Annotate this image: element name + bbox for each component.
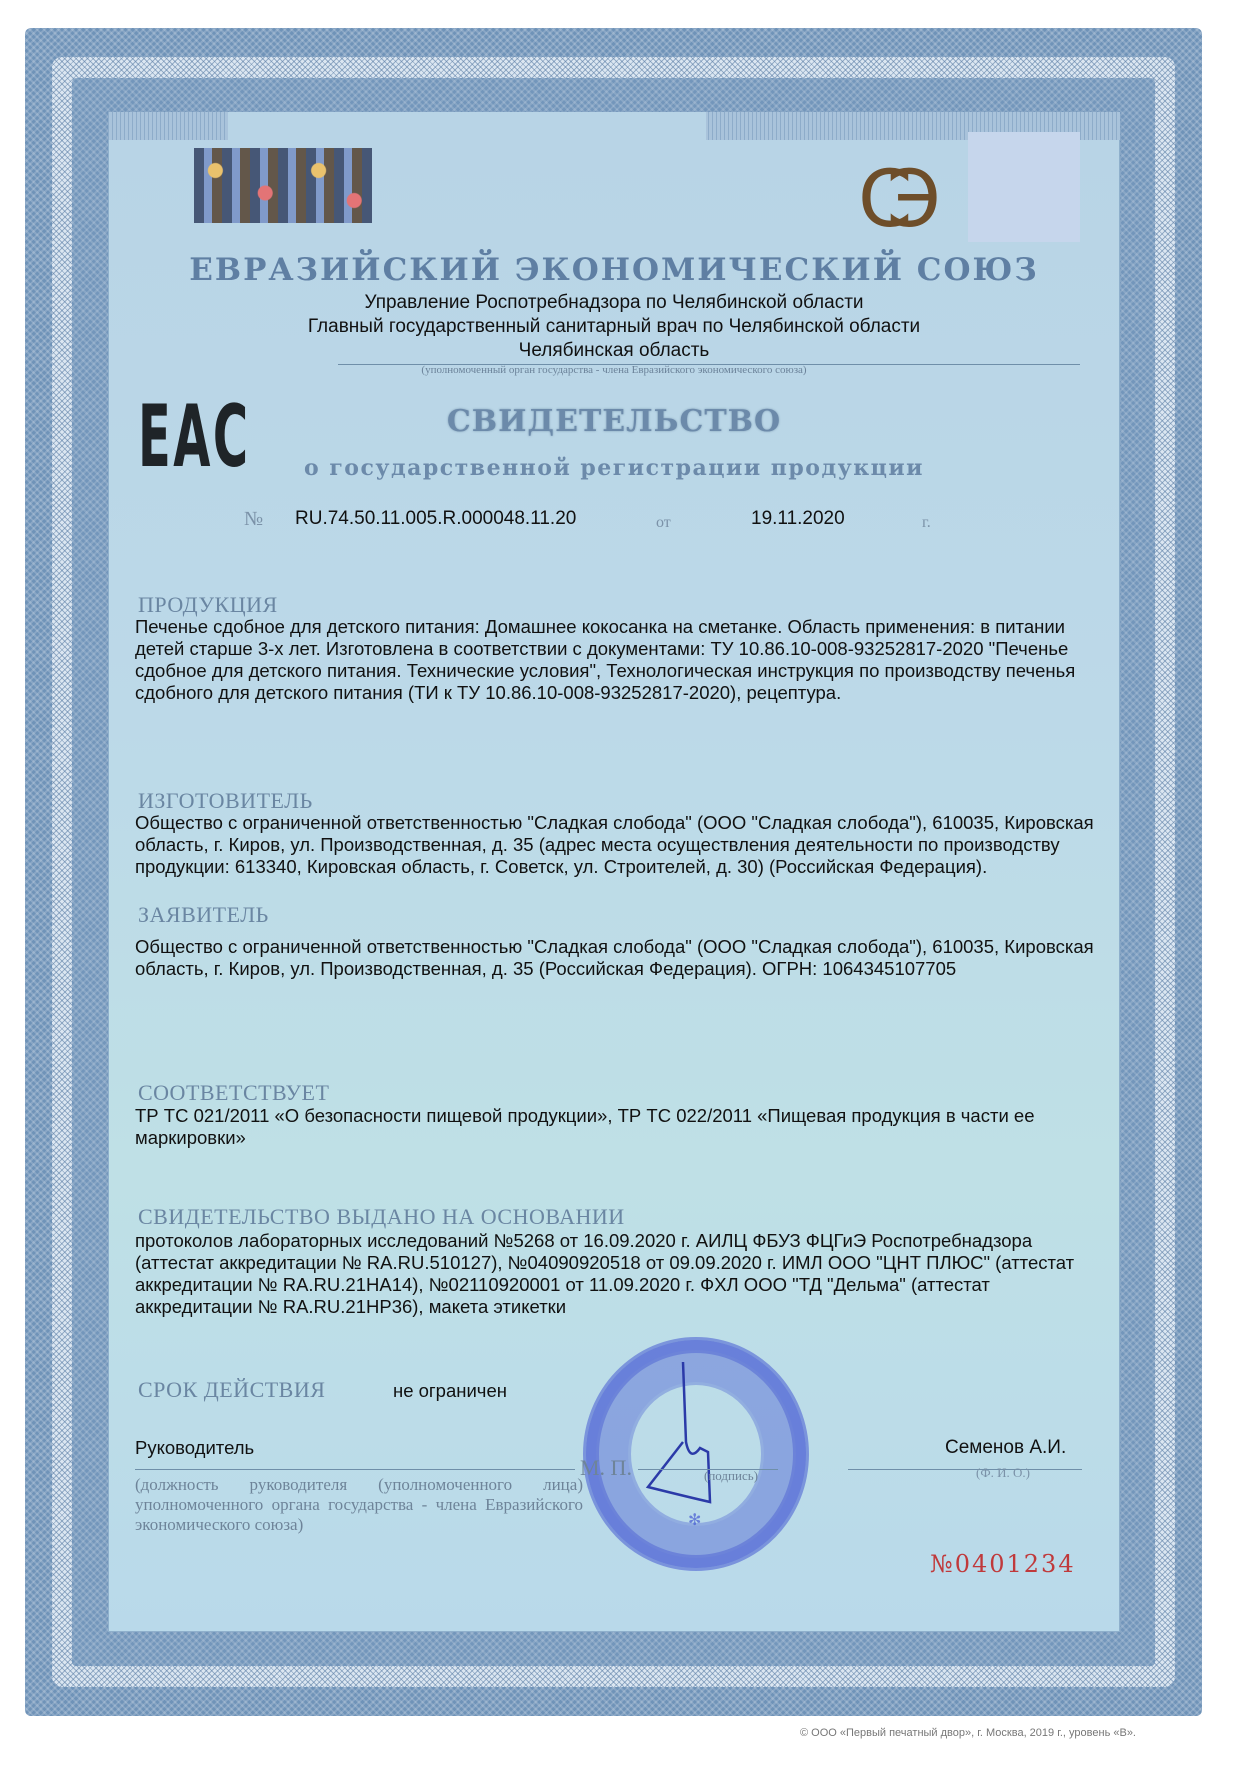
name-rule [848,1469,1082,1470]
applicant-text: Общество с ограниченной ответственностью… [135,936,1095,980]
date-label: от [656,514,671,532]
signatory-name: Семенов А.И. [945,1437,1066,1459]
number-label: № [244,508,263,531]
position-rule [135,1469,575,1470]
manufacturer-text: Общество с ограниченной ответственностью… [135,812,1095,878]
year-suffix: г. [922,514,931,532]
basis-heading: СВИДЕТЕЛЬСТВО ВЫДАНО НА ОСНОВАНИИ [138,1204,625,1230]
seal-star-icon: ✻ [688,1510,701,1530]
document-subtitle: о государственной регистрации продукции [108,455,1120,481]
authority-caption: (уполномоченный орган государства - член… [108,364,1120,376]
validity-heading: СРОК ДЕЙСТВИЯ [138,1377,325,1403]
product-text: Печенье сдобное для детского питания: До… [135,616,1095,704]
union-title: ЕВРАЗИЙСКИЙ ЭКОНОМИЧЕСКИЙ СОЮЗ [108,252,1120,288]
document-title: СВИДЕТЕЛЬСТВО [108,404,1120,439]
registration-date: 19.11.2020 [751,508,845,530]
product-heading: ПРОДУКЦИЯ [138,592,278,618]
registration-number: RU.74.50.11.005.R.000048.11.20 [295,508,576,530]
certificate-sheet: СЭ ЕВРАЗИЙСКИЙ ЭКОНОМИЧЕСКИЙ СОЮЗ Управл… [108,112,1120,1632]
seal-label: М. П. [580,1455,632,1481]
basis-text: протоколов лабораторных исследований №52… [135,1230,1095,1318]
name-caption: (Ф. И. О.) [976,1465,1030,1481]
serial-number: №0401234 [930,1550,1076,1578]
authority-line-2: Главный государственный санитарный врач … [108,316,1120,338]
conforms-text: ТР ТС 021/2011 «О безопасности пищевой п… [135,1105,1095,1149]
signatory-position: Руководитель [135,1437,254,1459]
conforms-heading: СООТВЕТСТВУЕТ [138,1080,329,1106]
signature-icon [628,1352,758,1512]
hologram-sticker-icon [194,148,372,223]
authority-line-3: Челябинская область [108,340,1120,362]
manufacturer-heading: ИЗГОТОВИТЕЛЬ [138,788,313,814]
ce-mark-icon: СЭ [858,162,958,238]
validity-value: не ограничен [393,1380,507,1402]
applicant-heading: ЗАЯВИТЕЛЬ [138,902,269,928]
authority-line-1: Управление Роспотребнадзора по Челябинск… [108,292,1120,314]
ce-panel [968,132,1080,242]
printer-credit: © ООО «Первый печатный двор», г. Москва,… [800,1727,1136,1739]
position-caption: (должность руководителя (уполномоченного… [135,1475,583,1535]
signature-caption: (подпись) [704,1468,758,1484]
